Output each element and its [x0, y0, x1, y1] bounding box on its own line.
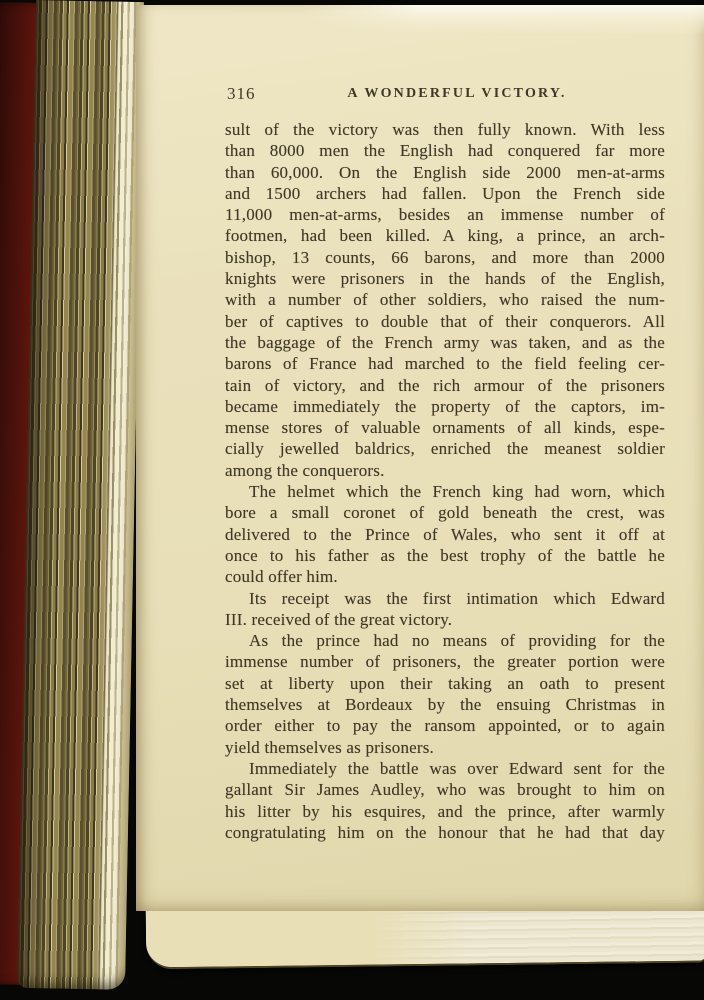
paragraph: As the prince had no means of providing … [225, 630, 665, 758]
text-line: tain of victory, and the rich armour of … [225, 375, 665, 396]
running-header: A WONDERFUL VICTORY. [347, 86, 566, 102]
text-line: mense stores of valuable ornaments of al… [225, 417, 665, 438]
text-line: could offer him. [225, 566, 665, 587]
text-line: delivered to the Prince of Wales, who se… [225, 524, 665, 545]
text-line: his litter by his esquires, and the prin… [225, 801, 665, 822]
text-line: the baggage of the French army was taken… [225, 332, 665, 353]
text-line: As the prince had no means of providing … [225, 630, 665, 651]
paragraph: sult of the victory was then fully known… [225, 119, 665, 481]
text-line: The helmet which the French king had wor… [225, 481, 665, 502]
text-line: among the conquerors. [225, 460, 665, 481]
text-line: immense number of prisoners, the greater… [225, 651, 665, 672]
text-line: than 8000 men the English had conquered … [225, 140, 665, 161]
page-body: sult of the victory was then fully known… [225, 119, 665, 843]
text-line: gallant Sir James Audley, who was brough… [225, 779, 665, 800]
text-line: III. received of the great victory. [225, 609, 665, 630]
text-line: and 1500 archers had fallen. Upon the Fr… [225, 183, 665, 204]
text-line: 11,000 men-at-arms, besides an immense n… [225, 204, 665, 225]
page-header: 316 A WONDERFUL VICTORY. [225, 84, 665, 105]
text-line: congratulating him on the honour that he… [225, 822, 665, 843]
text-line: barons of France had marched to the fiel… [225, 353, 665, 374]
paragraph: The helmet which the French king had wor… [225, 481, 665, 587]
text-line: once to his father as the best trophy of… [225, 545, 665, 566]
text-line: footmen, had been killed. A king, a prin… [225, 225, 665, 246]
book-photo: 316 A WONDERFUL VICTORY. sult of the vic… [0, 0, 704, 1000]
text-line: cially jewelled baldrics, enriched the m… [225, 438, 665, 459]
paragraph: Immediately the battle was over Edward s… [225, 758, 665, 843]
text-line: sult of the victory was then fully known… [225, 119, 665, 140]
page-number: 316 [227, 84, 256, 104]
text-line: themselves at Bordeaux by the ensuing Ch… [225, 694, 665, 715]
text-line: yield themselves as prisoners. [225, 737, 665, 758]
text-line: with a number of other soldiers, who rai… [225, 289, 665, 310]
text-line: than 60,000. On the English side 2000 me… [225, 162, 665, 183]
text-line: Immediately the battle was over Edward s… [225, 758, 665, 779]
text-line: Its receipt was the first intimation whi… [225, 588, 665, 609]
text-line: set at liberty upon their taking an oath… [225, 673, 665, 694]
text-line: bore a small coronet of gold beneath the… [225, 502, 665, 523]
paragraph: Its receipt was the first intimation whi… [225, 588, 665, 631]
text-line: ber of captives to double that of their … [225, 311, 665, 332]
page-content: 316 A WONDERFUL VICTORY. sult of the vic… [225, 84, 665, 843]
text-line: knights were prisoners in the hands of t… [225, 268, 665, 289]
text-line: became immediately the property of the c… [225, 396, 665, 417]
page-top-edge-highlight [296, 5, 704, 35]
page-fore-edge [17, 0, 144, 990]
text-line: order either to pay the ransom appointed… [225, 715, 665, 736]
book-page: 316 A WONDERFUL VICTORY. sult of the vic… [136, 5, 704, 911]
text-line: bishop, 13 counts, 66 barons, and more t… [225, 247, 665, 268]
